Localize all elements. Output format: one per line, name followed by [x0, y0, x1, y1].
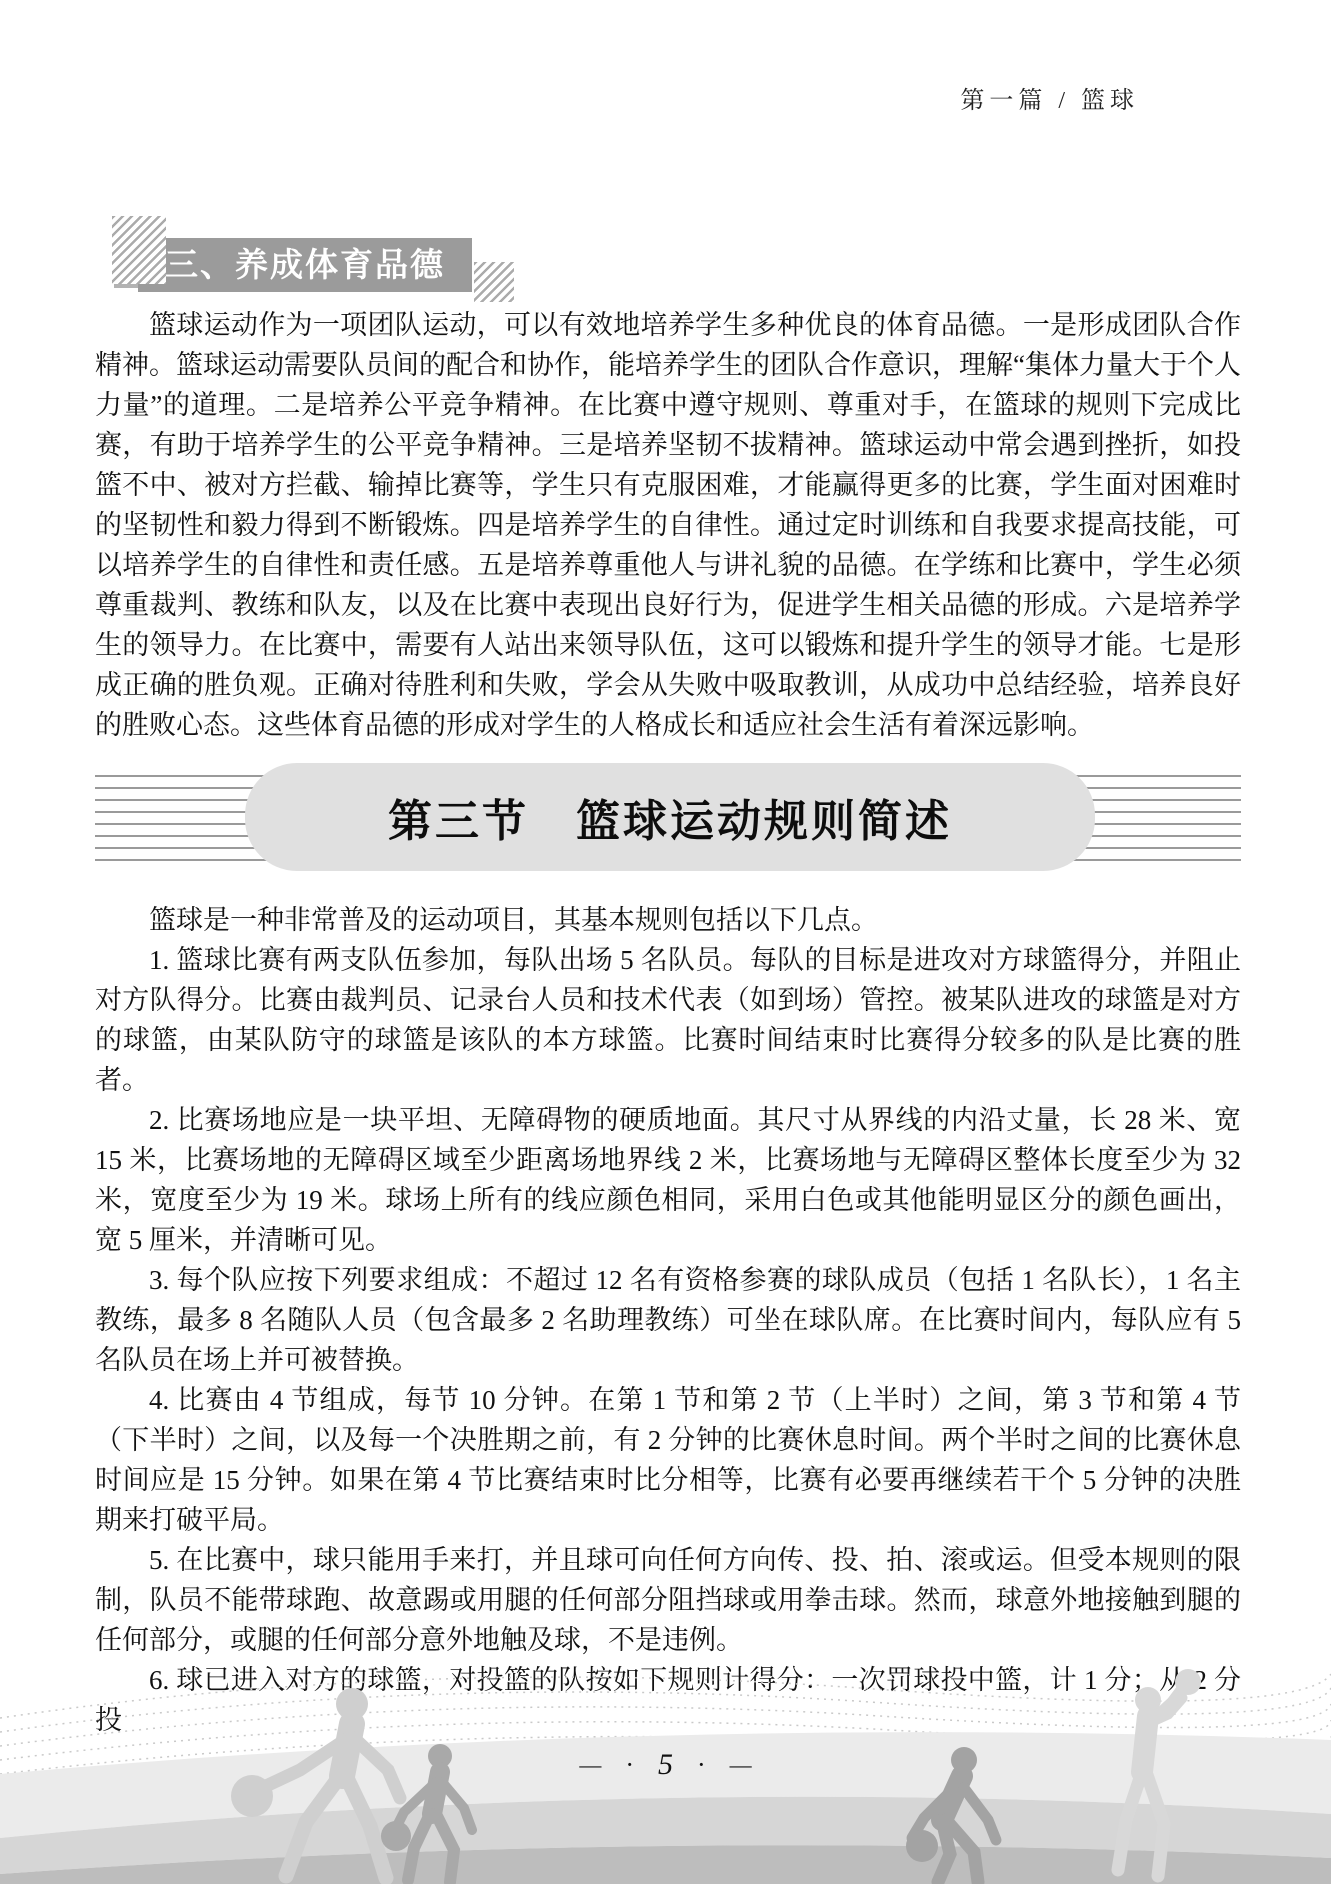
section-title-banner: 第三节 篮球运动规则简述 [95, 763, 1241, 871]
page-footer: — · 5 · — [0, 1748, 1331, 1782]
hatch-decoration-icon [474, 262, 514, 302]
rule-paragraph: 6. 球已进入对方的球篮，对投篮的队按如下规则计得分：一次罚球投中篮，计 1 分… [95, 1660, 1241, 1740]
rule-paragraph: 1. 篮球比赛有两支队伍参加，每队出场 5 名队员。每队的目标是进攻对方球篮得分… [95, 940, 1241, 1100]
rules-body: 篮球是一种非常普及的运动项目，其基本规则包括以下几点。 1. 篮球比赛有两支队伍… [95, 900, 1241, 1740]
book-page: 第一篇 / 篮球 三、养成体育品德 篮球运动作为一项团队运动，可以有效地培养学生… [0, 0, 1331, 1884]
running-head: 第一篇 / 篮球 [960, 80, 1139, 115]
footer-dash: — [730, 1752, 752, 1778]
rule-paragraph: 4. 比赛由 4 节组成，每节 10 分钟。在第 1 节和第 2 节（上半时）之… [95, 1380, 1241, 1540]
hatch-decoration-icon [112, 216, 166, 284]
section-heading-title: 三、养成体育品德 [138, 238, 472, 292]
section-title: 第三节 篮球运动规则简述 [388, 785, 952, 849]
mid-band-decoration [0, 1797, 1331, 1874]
rule-paragraph: 5. 在比赛中，球只能用手来打，并且球可向任何方向传、投、拍、滚或运。但受本规则… [95, 1540, 1241, 1660]
footer-dot: · [625, 1750, 634, 1780]
section-title-pill: 第三节 篮球运动规则简述 [245, 763, 1095, 871]
footer-dot: · [697, 1750, 706, 1780]
page-number: 5 [658, 1748, 673, 1782]
footer-dash: — [579, 1752, 601, 1778]
rules-intro: 篮球是一种非常普及的运动项目，其基本规则包括以下几点。 [95, 900, 1241, 940]
virtue-paragraph: 篮球运动作为一项团队运动，可以有效地培养学生多种优良的体育品德。一是形成团队合作… [95, 305, 1241, 745]
rule-paragraph: 2. 比赛场地应是一块平坦、无障碍物的硬质地面。其尺寸从界线的内沿丈量，长 28… [95, 1100, 1241, 1260]
rule-paragraph: 3. 每个队应按下列要求组成：不超过 12 名有资格参赛的球队成员（包括 1 名… [95, 1260, 1241, 1380]
section-heading-block: 三、养成体育品德 [112, 216, 532, 306]
dark-band-decoration [0, 1845, 1331, 1884]
